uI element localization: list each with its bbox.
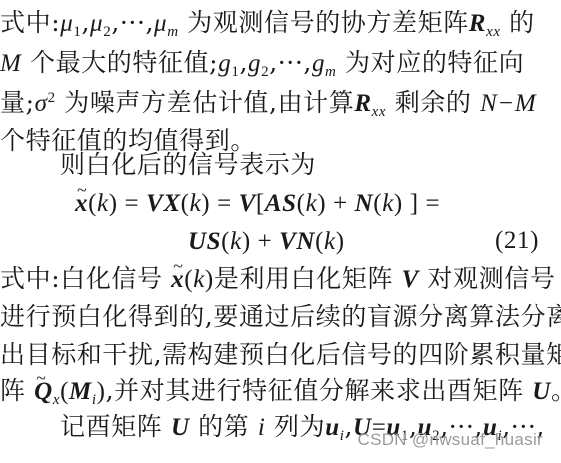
sigma-squared: σ2 xyxy=(35,90,56,117)
comma: , xyxy=(345,412,354,441)
comma: , xyxy=(82,8,91,37)
text: 为观测信号的协方差矩阵 xyxy=(179,8,469,37)
para1-line2: M 个最大的特征值;g1,g2,···,gm 为对应的特征向 xyxy=(0,48,524,79)
g-m: gm xyxy=(312,50,337,77)
text: 是利用白化矩阵 xyxy=(214,264,402,293)
text: 量; xyxy=(0,88,35,117)
N: N xyxy=(355,190,374,217)
text: 为对应的特征向 xyxy=(336,48,524,77)
equals: = xyxy=(210,190,238,217)
mu-m: μm xyxy=(154,10,179,37)
eq-line2-expr: US(k) + VN(k) xyxy=(188,226,345,257)
Q-tilde: Q xyxy=(34,377,53,407)
var-k: k xyxy=(193,266,205,293)
M: M xyxy=(69,378,92,405)
x-tilde: x xyxy=(75,189,88,219)
text: ,并对其进行特征值分解来求出酉矩阵 xyxy=(106,376,533,405)
para3-line2: 进行预白化得到的,要通过后续的盲源分离算法分离 xyxy=(0,302,561,332)
text: 的第 xyxy=(190,412,258,441)
equals: = xyxy=(118,190,146,217)
u-i: ui xyxy=(325,414,344,441)
text: 式中: xyxy=(0,8,60,37)
plus: + xyxy=(251,228,279,255)
comma: , xyxy=(146,8,155,37)
text: 记酉矩阵 xyxy=(60,412,171,441)
text: 。 xyxy=(551,376,561,405)
mu-1: μ1 xyxy=(60,10,81,37)
V: V xyxy=(239,190,256,217)
US: US xyxy=(188,228,221,255)
ellipsis: ··· xyxy=(120,8,146,37)
text: 的 xyxy=(501,8,535,37)
VN: VN xyxy=(279,228,315,255)
ellipsis: ··· xyxy=(278,48,304,77)
U: U xyxy=(171,414,190,441)
var-k: k xyxy=(306,190,318,217)
para3-line1: 式中:白化信号 x(k)是利用白化矩阵 V 对观测信号 xyxy=(0,264,555,295)
text: 列为 xyxy=(265,412,325,441)
matrix-R-xx: Rxx xyxy=(469,10,501,37)
comma: , xyxy=(111,8,120,37)
expr-N-minus-M: N−M xyxy=(480,90,536,117)
x-tilde: x xyxy=(171,265,184,295)
g-2: g2 xyxy=(248,50,269,77)
para3-line3: 出目标和干扰,需构建预白化后信号的四阶累积量矩 xyxy=(0,340,561,370)
equals: = xyxy=(419,190,441,217)
subscript-x: x xyxy=(53,392,60,408)
comma: , xyxy=(269,48,278,77)
para1-line3: 量;σ2 为噪声方差估计值,由计算Rxx 剩余的 N−M xyxy=(0,88,536,119)
g-1: g1 xyxy=(218,50,239,77)
text: 阵 xyxy=(0,376,34,405)
text: 式中:白化信号 xyxy=(0,264,171,293)
para2-intro: 则白化后的信号表示为 xyxy=(60,150,316,180)
VX: VX xyxy=(146,190,181,217)
para3-line4: 阵 Qx(Mi),并对其进行特征值分解来求出酉矩阵 U。 xyxy=(0,376,561,407)
var-k: k xyxy=(97,190,109,217)
comma: , xyxy=(239,48,248,77)
text: 为噪声方差估计值,由计算 xyxy=(56,88,355,117)
matrix-R-xx: Rxx xyxy=(354,90,386,117)
U: U xyxy=(532,378,551,405)
var-k: k xyxy=(190,190,202,217)
var-k: k xyxy=(230,228,242,255)
equation-number: (21) xyxy=(495,226,539,256)
equation-21-line1: x(k) = VX(k) = V[AS(k) + N(k) ] = xyxy=(75,188,440,219)
V: V xyxy=(402,266,419,293)
AS: AS xyxy=(265,190,297,217)
var-M: M xyxy=(0,50,21,77)
var-k: k xyxy=(382,190,394,217)
text: 剩余的 xyxy=(386,88,480,117)
para1-line1: 式中:μ1,μ2,···,μm 为观测信号的协方差矩阵Rxx 的 xyxy=(0,8,535,39)
text: 个最大的特征值; xyxy=(21,48,218,77)
text: 对观测信号 xyxy=(419,264,556,293)
comma: , xyxy=(303,48,312,77)
plus: + xyxy=(326,190,354,217)
mu-2: μ2 xyxy=(90,10,111,37)
csdn-watermark: CSDN @nwsuaf_huasir xyxy=(358,430,543,450)
var-k: k xyxy=(324,228,336,255)
